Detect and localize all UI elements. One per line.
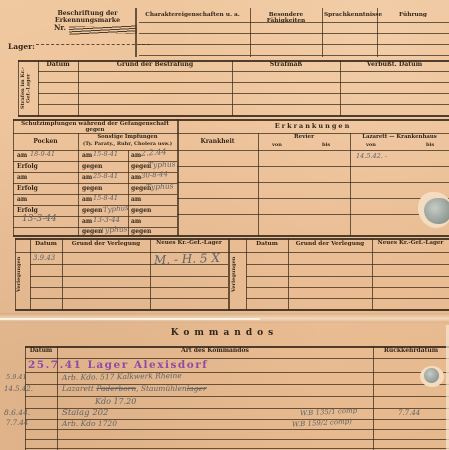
row-label: am (17, 197, 27, 203)
rule (228, 238, 230, 310)
row-label: am (131, 175, 141, 181)
entry-part: , Staumühlen (136, 384, 187, 393)
handwritten-date: 7.7.44 (6, 420, 28, 427)
handwritten-entry: Typhus (146, 182, 174, 191)
handwritten-entry: 15-8-41 (93, 151, 118, 158)
erkennungsmarke-title: Beschriftung der Erkennungsmarke (30, 11, 145, 24)
verlegungen-col-neues: Neues Kr.-Gef.-Lager (150, 241, 228, 247)
nr-scribble (69, 25, 137, 34)
handwritten-date: 8.6.44. (4, 409, 30, 417)
erkrankungen-title: Erkrankungen (177, 123, 449, 130)
handwritten-entry: 13-3-44 (22, 215, 57, 224)
rule (25, 448, 449, 449)
rule (139, 55, 449, 56)
rule (177, 119, 179, 236)
handwritten-entry: Typhus (103, 205, 129, 214)
entry-part-struck: Paderborn (96, 384, 136, 393)
revier-von-label: von (272, 143, 282, 148)
strafen-col-grund: Grund der Bestrafung (78, 62, 232, 69)
row-label: am (82, 219, 92, 225)
rule (13, 205, 177, 206)
revier-bis-label: bis (322, 143, 330, 148)
rule (30, 298, 228, 299)
rule (30, 238, 31, 310)
rule (18, 115, 449, 117)
rule (13, 119, 14, 236)
row-label: am (17, 175, 27, 181)
verlegungen-side-label-left: Verlegungen (17, 240, 29, 308)
rule (246, 276, 449, 277)
rule (258, 133, 259, 236)
rule (177, 182, 449, 183)
handwritten-entry: Typhus (100, 225, 128, 234)
impfungen-title: Schutzimpfungen während der Gefangenscha… (16, 122, 174, 134)
row-label: Erfolg (17, 164, 38, 170)
col-header-faehigkeiten: Besondere Fähigkeiten (252, 12, 320, 24)
rule (38, 93, 449, 94)
lazarett-von-label: von (366, 143, 376, 148)
handwritten-entry: 14.5.42. - (356, 153, 387, 160)
rule (246, 264, 449, 265)
handwritten-entry: 3.9.43 (33, 255, 55, 262)
row-label: am (82, 153, 92, 159)
rule (177, 198, 449, 199)
rule (139, 44, 449, 45)
rule (25, 439, 449, 440)
rule (30, 287, 228, 288)
row-label: gegen (82, 164, 102, 170)
rule (372, 238, 373, 310)
punch-hole-icon (424, 198, 449, 224)
verlegungen-side-label-right: Verlegungen (232, 240, 244, 308)
kommandos-col-art: Art des Kommandos (57, 348, 373, 354)
impfungen-col-sonstige: Sonstige Impfungen (78, 135, 177, 141)
handwritten-entry: W.B 135/1 comp (300, 408, 358, 418)
handwritten-entry: 2.2.44 (141, 148, 167, 158)
pow-record-card-scan: Beschriftung der Erkennungsmarke Nr. Lag… (0, 0, 449, 450)
rule (25, 396, 449, 397)
erkrankungen-col-krankheit: Krankheit (177, 139, 258, 145)
row-label: am (17, 153, 27, 159)
lager-label: Lager: (8, 43, 35, 51)
handwritten-date: 5.9.41 (6, 374, 27, 381)
row-label: gegen (82, 186, 102, 192)
card-edge-highlight (0, 318, 260, 320)
row-label: am (131, 153, 141, 159)
rule (150, 238, 151, 310)
col-header-fuehrung: Führung (379, 12, 447, 18)
rule (15, 309, 449, 311)
handwritten-entry: 30-8-44 (141, 171, 168, 180)
rule (350, 133, 351, 236)
handwritten-entry: Stalag 202 (62, 409, 108, 418)
handwritten-entry: 18-9-41 (30, 151, 55, 158)
handwritten-date: 14.5.42. (4, 386, 33, 393)
handwritten-entry: Kdo 17.20 (95, 398, 136, 406)
verlegungen-col-neues: Neues Kr.-Gef.-Lager (372, 241, 449, 247)
handwritten-return-date: 7.7.44 (398, 410, 420, 417)
row-label: Erfolg (17, 186, 38, 192)
erkrankungen-col-revier: Revier (258, 135, 350, 141)
rule (139, 33, 449, 34)
handwritten-entry: W.B 159/2 comp) (292, 418, 352, 428)
rule (38, 82, 449, 83)
row-label: am (131, 219, 141, 225)
kommandos-col-rueck: Rückkehrdatum (373, 348, 449, 354)
kommandos-col-datum: Datum (25, 348, 57, 354)
rule (373, 346, 374, 450)
row-label: am (82, 175, 92, 181)
col-header-charakter: Charaktereigenschaften u. a. (137, 12, 248, 18)
row-label: am (131, 197, 141, 203)
strafen-col-verbuesst: Verbüßt. Datum (340, 62, 449, 69)
row-label: gegen (82, 208, 102, 214)
handwritten-entry: Typhus (148, 160, 176, 169)
entry-part-struck: lager (187, 384, 207, 393)
strafen-col-datum: Datum (38, 62, 78, 69)
stamp-entry-lager-alexisdorf: 25.7.41 Lager Alexisdorf (28, 359, 208, 371)
entry-part: Lazarett (62, 384, 96, 393)
impfungen-col-pocken: Pocken (13, 139, 78, 145)
verlegungen-col-datum: Datum (246, 241, 288, 247)
row-label: gegen (131, 229, 151, 235)
rule (62, 238, 63, 310)
rule (25, 346, 26, 450)
rule (177, 214, 449, 215)
handwritten-entry: M. - H. 5 X (154, 252, 220, 266)
lazarett-bis-label: bis (426, 143, 434, 148)
rule (128, 150, 129, 236)
nr-label: Nr. (54, 24, 66, 31)
rule (38, 104, 449, 105)
handwritten-entry: 13-3-44 (93, 217, 120, 224)
row-label: gegen (131, 208, 151, 214)
verlegungen-col-grund: Grund der Verlegung (62, 241, 150, 247)
verlegungen-col-grund: Grund der Verlegung (288, 241, 372, 247)
col-header-sprachen: Sprachkenntnisse (324, 12, 375, 18)
handwritten-entry: Lazarett Paderborn, Staumühlenlager (62, 385, 206, 393)
rule (177, 166, 449, 167)
handwritten-entry: Arb. Kdo. 517 Kalkwerk Rheine (62, 372, 182, 382)
rule (246, 298, 449, 299)
rule (25, 429, 449, 430)
strafen-col-strafmass: Strafmaß (232, 62, 340, 69)
handwritten-entry: Arb. Kdo 1720 (62, 420, 117, 428)
punch-hole-icon (424, 368, 439, 383)
handwritten-entry: 25-8-41 (93, 173, 118, 180)
erkrankungen-col-lazarett: Lazarett — Krankenhaus (350, 135, 449, 141)
rule (18, 60, 19, 116)
kommandos-title: Kommandos (0, 329, 449, 338)
rule (246, 238, 247, 310)
rule (38, 71, 449, 72)
rule (78, 133, 79, 236)
rule (30, 276, 228, 277)
row-label: am (82, 197, 92, 203)
verlegungen-col-datum: Datum (30, 241, 62, 247)
rule (288, 238, 289, 310)
lager-fill-line (36, 44, 150, 45)
strafen-side-label: Strafen im Kr.-Gef.-Lager (21, 62, 37, 114)
handwritten-entry: 15-8-41 (93, 195, 118, 202)
rule (246, 287, 449, 288)
